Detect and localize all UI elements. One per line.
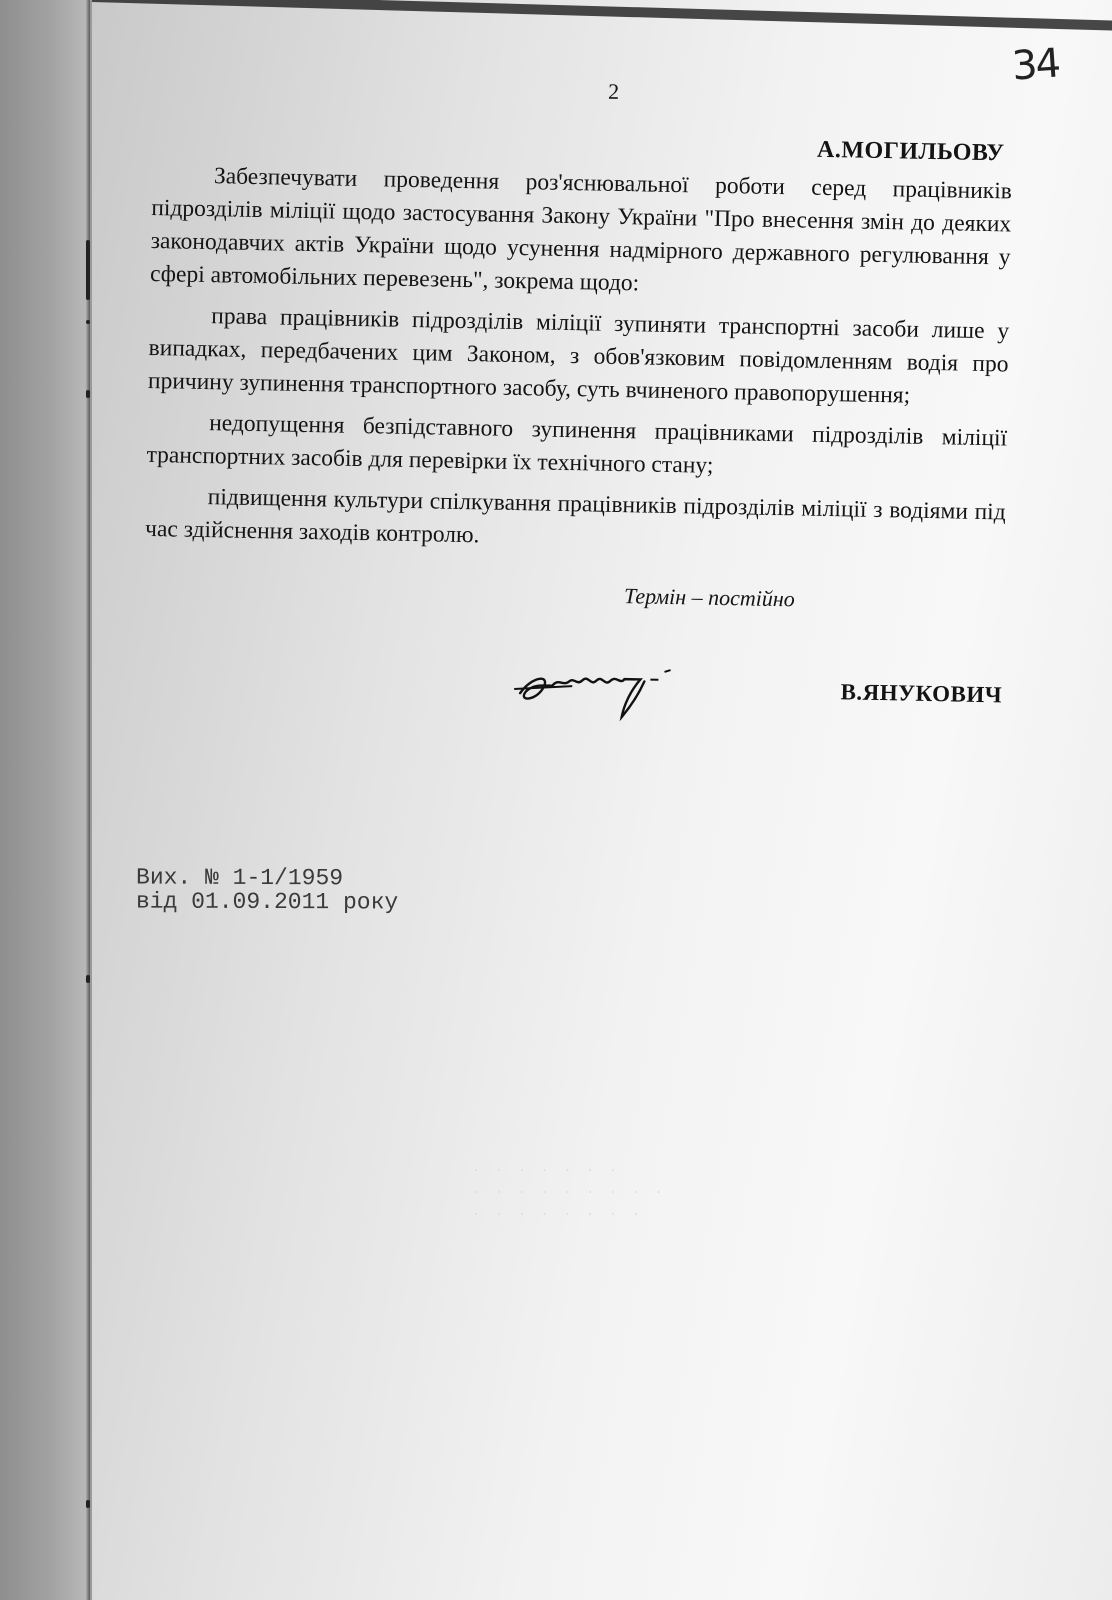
handwritten-sheet-number: 34 <box>1010 40 1060 89</box>
binding-stitch <box>86 975 90 983</box>
deadline: Термін – постійно <box>624 583 1004 616</box>
document-body: 2 А.МОГИЛЬОВУ Забезпечувати проведення р… <box>141 70 1014 754</box>
signature-block: В.ЯНУКОВИЧ <box>141 648 1003 754</box>
binding-stitch <box>86 320 90 324</box>
outgoing-date: від 01.09.2011 року <box>136 890 398 915</box>
outgoing-number: Вих. № 1-1/1959 <box>136 866 398 891</box>
handwritten-signature-icon <box>511 655 712 729</box>
page-number: 2 <box>213 71 1013 112</box>
signer-name: В.ЯНУКОВИЧ <box>840 679 1002 708</box>
page-fold-shadow <box>92 0 1112 33</box>
paragraph-instruction: Забезпечувати проведення роз'яснювальної… <box>150 159 1012 307</box>
paragraph-communication-culture: підвищення культури спілкування працівни… <box>145 480 1006 562</box>
document-page: 34 2 А.МОГИЛЬОВУ Забезпечувати проведенн… <box>92 0 1112 1600</box>
outgoing-registration-stamp: Вих. № 1-1/1959 від 01.09.2011 року <box>136 866 398 915</box>
binding-stitch <box>86 240 90 300</box>
paragraph-no-groundless-stops: недопущення безпідставного зупинення пра… <box>146 406 1007 488</box>
bleed-through-text: · · · · · · · · · · · · · · · · · · · · … <box>472 1160 712 1280</box>
binding-stitch <box>86 390 90 398</box>
binding-stitch <box>86 1500 90 1508</box>
paragraph-stop-rights: права працівників підрозділів міліції зу… <box>148 299 1010 414</box>
book-binding-edge <box>0 0 90 1600</box>
